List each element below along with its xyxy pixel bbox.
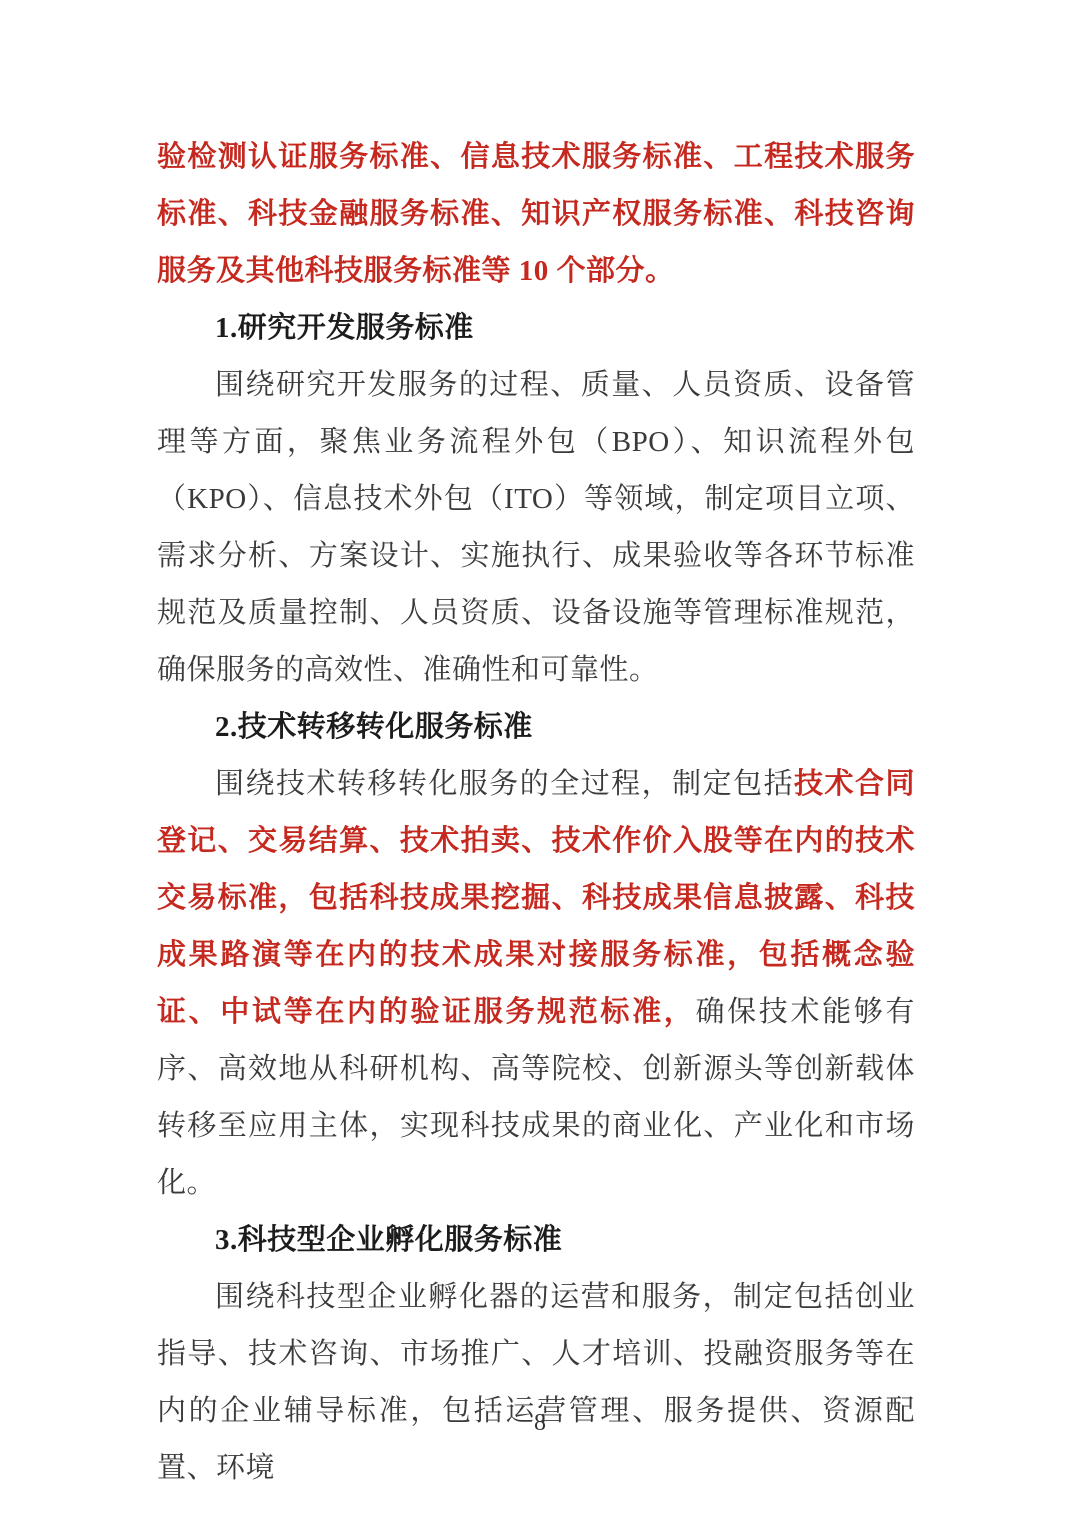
paragraph: 围绕技术转移转化服务的全过程，制定包括技术合同登记、交易结算、技术拍卖、技术作价…: [157, 756, 915, 1212]
text-segment-body: 围绕技术转移转化服务的全过程，制定包括: [215, 768, 794, 800]
paragraph: 围绕科技型企业孵化器的运营和服务，制定包括创业指导、技术咨询、市场推广、人才培训…: [157, 1269, 915, 1497]
paragraph: 围绕研究开发服务的过程、质量、人员资质、设备管理等方面，聚焦业务流程外包（BPO…: [157, 357, 915, 699]
paragraph: 验检测认证服务标准、信息技术服务标准、工程技术服务标准、科技金融服务标准、知识产…: [157, 129, 915, 300]
text-segment-body: 围绕研究开发服务的过程、质量、人员资质、设备管理等方面，聚焦业务流程外包（BPO…: [157, 369, 915, 686]
document-page: 验检测认证服务标准、信息技术服务标准、工程技术服务标准、科技金融服务标准、知识产…: [0, 0, 1080, 1527]
section-heading: 1.研究开发服务标准: [157, 300, 915, 357]
text-segment-body: 围绕科技型企业孵化器的运营和服务，制定包括创业指导、技术咨询、市场推广、人才培训…: [157, 1281, 915, 1484]
document-body: 验检测认证服务标准、信息技术服务标准、工程技术服务标准、科技金融服务标准、知识产…: [157, 129, 915, 1497]
text-segment-heading: 1.研究开发服务标准: [215, 312, 474, 344]
text-segment-heading: 2.技术转移转化服务标准: [215, 711, 533, 743]
text-segment-heading: 3.科技型企业孵化服务标准: [215, 1224, 562, 1256]
text-segment-red: 技术合同登记、交易结算、技术拍卖、技术作价入股等在内的技术交易标准，包括科技成果…: [157, 768, 915, 1028]
section-heading: 3.科技型企业孵化服务标准: [157, 1212, 915, 1269]
page-number: 8: [0, 1408, 1080, 1438]
text-segment-red-num: 10: [519, 255, 549, 287]
text-segment-red: 个部分。: [549, 255, 675, 287]
section-heading: 2.技术转移转化服务标准: [157, 699, 915, 756]
